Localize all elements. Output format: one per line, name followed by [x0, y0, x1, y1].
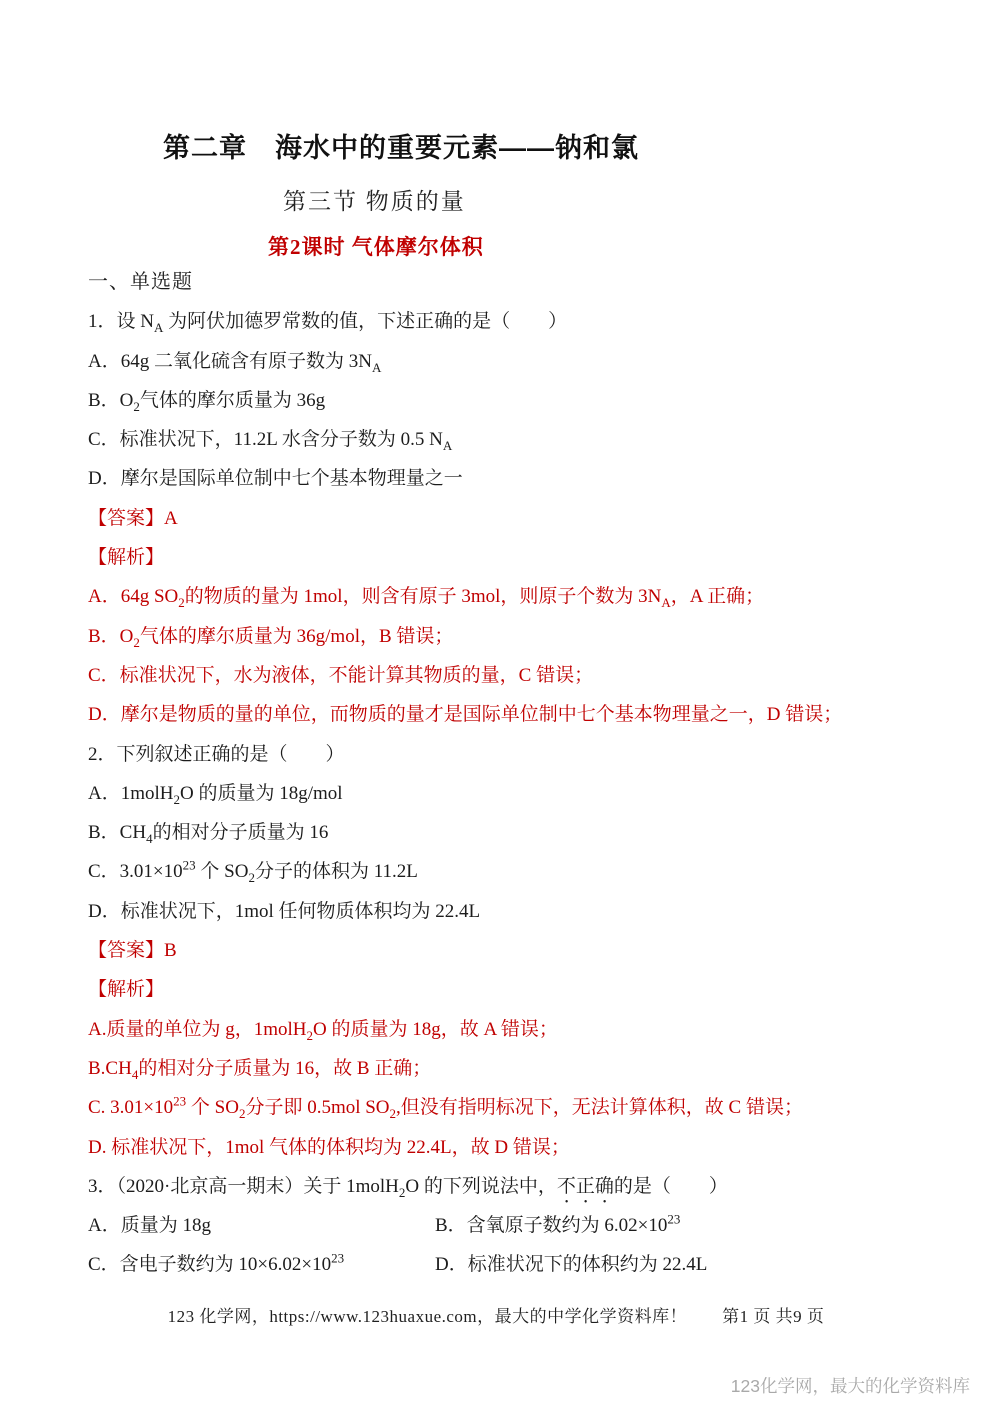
watermark-text: 123化学网，最大的化学资料库: [731, 1373, 970, 1398]
q3-options-cd-col1: D．标准状况下的体积约为 22.4L: [435, 1252, 707, 1277]
q1-analysis-b: B．O2气体的摩尔质量为 36g/mol，B 错误；: [88, 624, 930, 663]
sub-text: 2: [390, 1106, 397, 1121]
q2-option-b: B．CH4的相对分子质量为 16: [88, 820, 930, 859]
q1-answer: 【答案】A: [88, 506, 930, 545]
sup-text: 23: [667, 1212, 680, 1227]
q1-stem: 1．设 NA 为阿伏加德罗常数的值，下述正确的是（ ）: [88, 309, 930, 348]
sup-text: 23: [173, 1094, 186, 1109]
sup-text: 23: [183, 858, 196, 873]
part-heading: 一、单选题: [88, 270, 930, 309]
q2-analysis-label: 【解析】: [88, 977, 930, 1016]
content-lines: 一、单选题1．设 NA 为阿伏加德罗常数的值，下述正确的是（ ）A．64g 二氧…: [88, 270, 930, 1292]
q2-analysis-a: A.质量的单位为 g，1molH2O 的质量为 18g，故 A 错误；: [88, 1017, 930, 1056]
sub-text: 4: [132, 1067, 139, 1082]
q1-option-d: D．摩尔是国际单位制中七个基本物理量之一: [88, 466, 930, 505]
q3-options-cd: C．含电子数约为 10×6.02×1023D．标准状况下的体积约为 22.4L: [88, 1252, 930, 1291]
sub-text: A: [372, 359, 381, 374]
sub-text: 2: [399, 1185, 406, 1200]
sub-text: 2: [174, 792, 181, 807]
q2-stem: 2．下列叙述正确的是（ ）: [88, 742, 930, 781]
sup-text: 23: [331, 1251, 344, 1266]
q2-option-d: D．标准状况下，1mol 任何物质体积均为 22.4L: [88, 899, 930, 938]
q1-option-a: A．64g 二氧化硫含有原子数为 3NA: [88, 349, 930, 388]
sub-text: A: [661, 595, 670, 610]
q1-analysis-c: C．标准状况下，水为液体，不能计算其物质的量，C 错误；: [88, 663, 930, 702]
sub-text: 2: [178, 595, 185, 610]
lesson-title: 第2课时 气体摩尔体积: [268, 231, 484, 261]
q1-analysis-a: A．64g SO2的物质的量为 1mol，则含有原子 3mol，则原子个数为 3…: [88, 584, 930, 623]
worksheet-page: 第二章 海水中的重要元素——钠和氯 第三节 物质的量 第2课时 气体摩尔体积 一…: [0, 0, 992, 1403]
chapter-title: 第二章 海水中的重要元素——钠和氯: [163, 126, 639, 165]
sub-text: 2: [133, 634, 140, 649]
sub-text: 2: [248, 870, 255, 885]
q1-analysis-d: D．摩尔是物质的量的单位，而物质的量才是国际单位制中七个基本物理量之一，D 错误…: [88, 702, 930, 741]
q2-option-a: A．1molH2O 的质量为 18g/mol: [88, 781, 930, 820]
q2-analysis-d: D. 标准状况下，1mol 气体的体积均为 22.4L，故 D 错误；: [88, 1135, 930, 1174]
sub-text: 2: [307, 1027, 314, 1042]
emphasized-text: 不正确: [557, 1176, 614, 1197]
q1-option-c: C．标准状况下，11.2L 水含分子数为 0.5 NA: [88, 427, 930, 466]
q3-options-ab-col1: B．含氧原子数约为 6.02×1023: [435, 1213, 680, 1238]
sub-text: 2: [133, 399, 140, 414]
q2-analysis-c: C. 3.01×1023 个 SO2分子即 0.5mol SO2,但没有指明标况…: [88, 1095, 930, 1134]
q1-analysis-label: 【解析】: [88, 545, 930, 584]
q3-stem: 3．（2020·北京高一期末）关于 1molH2O 的下列说法中，不正确的是（ …: [88, 1174, 930, 1213]
sub-text: 4: [146, 831, 153, 846]
q3-options-cd-col0: C．含电子数约为 10×6.02×1023: [88, 1254, 344, 1275]
section-title: 第三节 物质的量: [283, 183, 466, 216]
q2-analysis-b: B.CH4的相对分子质量为 16，故 B 正确；: [88, 1056, 930, 1095]
sub-text: 2: [239, 1106, 246, 1121]
sub-text: A: [443, 438, 452, 453]
q3-options-ab-col0: A．质量为 18g: [88, 1215, 211, 1236]
q3-options-ab: A．质量为 18gB．含氧原子数约为 6.02×1023: [88, 1213, 930, 1252]
q2-option-c: C．3.01×1023 个 SO2分子的体积为 11.2L: [88, 859, 930, 898]
q2-answer: 【答案】B: [88, 938, 930, 977]
sub-text: A: [154, 320, 163, 335]
q1-option-b: B．O2气体的摩尔质量为 36g: [88, 388, 930, 427]
page-footer: 123 化学网，https://www.123huaxue.com，最大的中学化…: [0, 1302, 992, 1327]
